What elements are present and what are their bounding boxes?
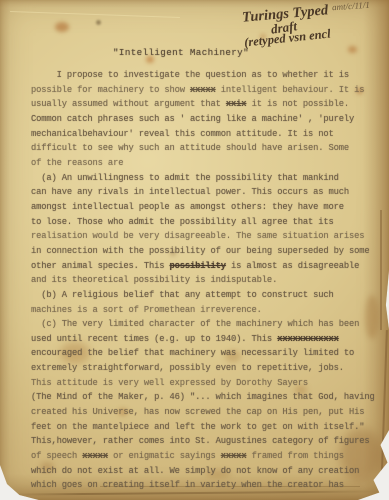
- struck-out-text: xxxxx: [82, 451, 108, 461]
- typed-line: can have any rivals in intellectual powe…: [31, 185, 384, 200]
- typed-line: amongst intellectual people as amongst o…: [31, 200, 384, 215]
- typed-line: usually assumed without argument that xx…: [31, 97, 384, 112]
- typed-line: of speech xxxxx or enigmatic sayings xxx…: [31, 449, 384, 464]
- typed-line: which do not exist at all. We simply do …: [31, 464, 384, 479]
- typed-line: I propose to investigate the question as…: [31, 68, 384, 83]
- typed-line: to lose. Those who admit the possibility…: [31, 215, 384, 230]
- typed-line: used until recent times (e.g. up to 1940…: [31, 332, 384, 347]
- stain: [55, 22, 69, 32]
- typed-line: (c) The very limited character of the ma…: [31, 317, 384, 332]
- typed-line: This attitude is very well expressed by …: [31, 376, 384, 391]
- typed-line: (b) A religious belief that any attempt …: [31, 288, 384, 303]
- typed-line: (a) An unwillingness to admit the possib…: [31, 171, 384, 186]
- handwritten-note-line3: (retyped vsn encl: [243, 27, 331, 51]
- typed-line: This,however, rather comes into St. Augu…: [31, 434, 384, 449]
- typed-line: extremely straightforward, possibly even…: [31, 361, 384, 376]
- typed-line: other animal species. This possibility i…: [31, 259, 384, 274]
- typed-line: which goes on creating itself in variety…: [31, 478, 384, 493]
- typed-line: of the reasons are: [31, 156, 384, 171]
- struck-out-text: possibility: [169, 261, 225, 271]
- paper-edge-shading-top: [0, 0, 389, 8]
- typed-line: feet on the mantelpiece and left the wor…: [31, 420, 384, 435]
- typed-line: realisation would be very disagreeable. …: [31, 229, 384, 244]
- struck-out-text: xxix: [226, 99, 247, 109]
- typed-line: in connection with the possibility of ou…: [31, 244, 384, 259]
- typed-line: encouraged the belief that machinery was…: [31, 346, 384, 361]
- crease-line: [10, 11, 180, 18]
- typed-line: difficult to see why such an attitude sh…: [31, 141, 384, 156]
- typed-line: possible for machinery to show xxxxx int…: [31, 83, 384, 98]
- paper-edge-shading-left: [0, 0, 10, 500]
- paper-sheet: amt/c/11/1 Turings Typed draft (retyped …: [0, 0, 389, 500]
- typed-line: and its theoretical possibility is indis…: [31, 273, 384, 288]
- typed-line: created his Universe, has now screwed th…: [31, 405, 384, 420]
- typed-text-block: I propose to investigate the question as…: [31, 68, 384, 493]
- stain: [96, 20, 101, 25]
- struck-out-text: xxxxxxxxxxxx: [277, 334, 339, 344]
- typed-line: machines is a sort of Promethean irrever…: [31, 303, 384, 318]
- typed-line: (The Mind of the Maker, p. 46) "... whic…: [31, 390, 384, 405]
- stain: [348, 46, 357, 53]
- scanned-page: amt/c/11/1 Turings Typed draft (retyped …: [0, 0, 389, 500]
- struck-out-text: xxxxx: [221, 451, 247, 461]
- typed-line: mechanicalbehaviour' reveal this common …: [31, 127, 384, 142]
- typed-line: Common catch phrases such as ' acting li…: [31, 112, 384, 127]
- document-title: "Intelligent Machinery": [113, 47, 249, 58]
- struck-out-text: xxxxx: [190, 85, 216, 95]
- archive-reference: amt/c/11/1: [332, 0, 370, 12]
